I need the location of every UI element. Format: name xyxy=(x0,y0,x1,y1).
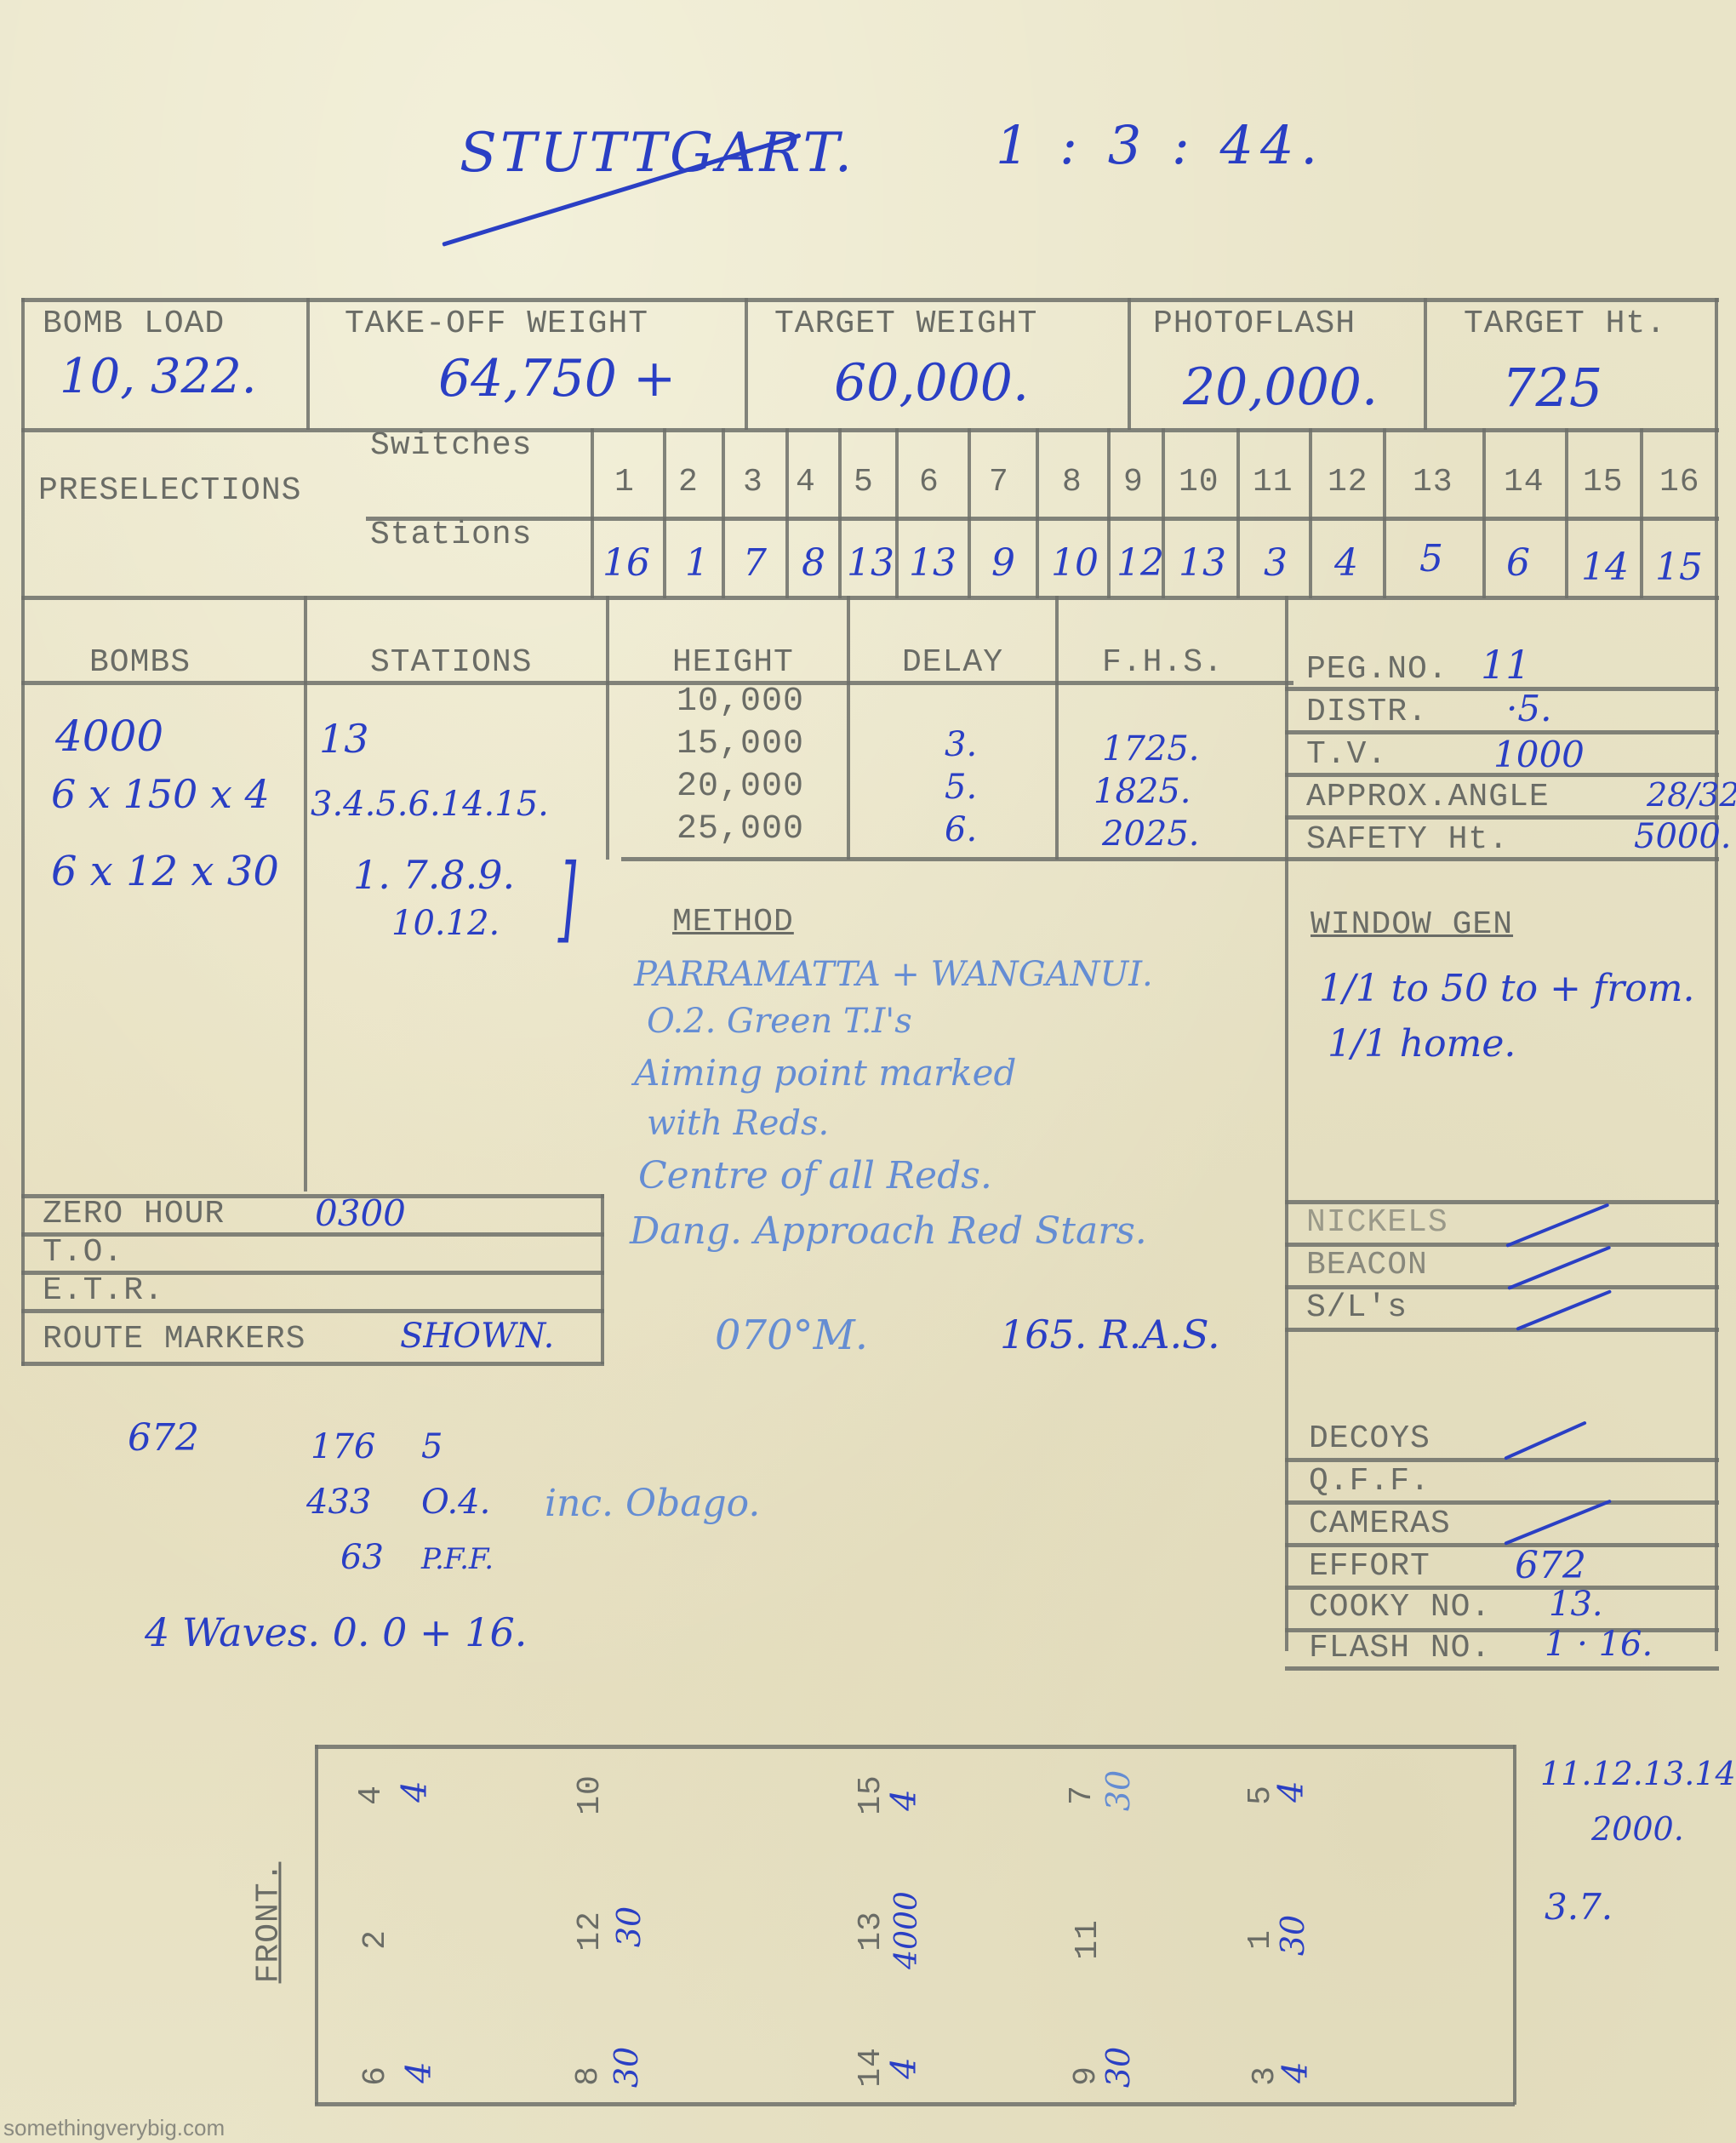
method-line: with Reds. xyxy=(647,1106,829,1140)
bay-side-note: 11.12.13.14. xyxy=(1540,1757,1736,1790)
switch-cell: 10 xyxy=(1179,466,1219,499)
zero-hour-value: 0300 xyxy=(315,1196,406,1232)
height-value: 10,000 xyxy=(677,685,804,719)
cameras-tick xyxy=(1504,1500,1612,1546)
height-value: 20,000 xyxy=(677,770,804,804)
bomb-stations: 3.4.5.6.14.15. xyxy=(311,787,549,821)
fhs-header: F.H.S. xyxy=(1102,647,1224,679)
station-cell: 10 xyxy=(1051,545,1099,582)
decoys-label: DECOYS xyxy=(1309,1423,1430,1455)
station-cell: 5 xyxy=(1419,540,1443,578)
searchlights-label: S/L's xyxy=(1306,1292,1408,1324)
approx-angle-value: 28/32 xyxy=(1647,779,1736,811)
peg-no-label: PEG.NO. xyxy=(1306,654,1448,686)
station-cell: 13 xyxy=(1179,545,1226,582)
bomb-load-label: BOMB LOAD xyxy=(43,308,225,340)
bay-station-load: 4 xyxy=(403,2061,437,2083)
method-line: Centre of all Reds. xyxy=(638,1157,992,1195)
preselections-label: PRESELECTIONS xyxy=(38,475,301,507)
peg-no-value: 11 xyxy=(1481,645,1531,684)
height-value: 15,000 xyxy=(677,728,804,762)
flash-no-label: FLASH NO. xyxy=(1309,1632,1491,1665)
window-gen-line: 1/1 home. xyxy=(1328,1026,1516,1063)
effort-value: 672 xyxy=(1515,1547,1586,1585)
bombs-header: BOMBS xyxy=(89,647,191,679)
bay-station-load: 4 xyxy=(398,1780,432,1802)
tv-label: T.V. xyxy=(1306,739,1387,771)
switch-cell: 7 xyxy=(989,466,1009,499)
station-cell: 13 xyxy=(847,545,894,582)
bay-station-number: 9 xyxy=(1071,2066,1103,2086)
station-cell: 7 xyxy=(743,545,767,582)
switches-label: Switches xyxy=(370,430,532,462)
station-cell: 6 xyxy=(1506,545,1530,582)
cooky-no-value: 13. xyxy=(1549,1587,1603,1621)
bay-station-load: 4 xyxy=(888,2057,922,2078)
method-heading: 070°M. xyxy=(715,1315,868,1356)
method-line: O.2. Green T.I's xyxy=(647,1004,912,1038)
station-cell: 14 xyxy=(1581,549,1629,586)
bracket: ] xyxy=(558,851,576,945)
switch-cell: 16 xyxy=(1659,466,1700,499)
stations-label: Stations xyxy=(370,519,532,551)
safety-ht-label: SAFETY Ht. xyxy=(1306,824,1509,856)
bay-station-number: 6 xyxy=(360,2066,392,2086)
switch-cell: 1 xyxy=(614,466,635,499)
effort-total: 672 xyxy=(128,1420,199,1457)
squadron-group: 5 xyxy=(421,1430,443,1464)
switch-cell: 4 xyxy=(796,466,816,499)
squadron-count: 176 xyxy=(311,1430,375,1464)
bomb-stations: 13 xyxy=(319,719,369,758)
bay-station-load: 4 xyxy=(1279,2061,1313,2083)
method-label: METHOD xyxy=(672,906,794,939)
bay-station-number: 13 xyxy=(855,1911,888,1952)
stations-header: STATIONS xyxy=(370,647,532,679)
switch-cell: 5 xyxy=(854,466,874,499)
bay-station-number: 15 xyxy=(855,1774,888,1815)
searchlights-tick xyxy=(1516,1289,1612,1331)
bay-station-number: 4 xyxy=(356,1785,388,1805)
switch-cell: 6 xyxy=(919,466,939,499)
distr-value: ·5. xyxy=(1506,691,1551,727)
station-cell: 15 xyxy=(1655,549,1703,586)
fhs-value: 2025. xyxy=(1102,817,1200,851)
nickels-tick xyxy=(1505,1203,1609,1247)
window-gen-label: WINDOW GEN xyxy=(1311,909,1513,941)
switch-cell: 12 xyxy=(1328,466,1368,499)
target-height-value: 725 xyxy=(1502,362,1602,414)
nickels-label: NICKELS xyxy=(1306,1207,1448,1239)
station-cell: 3 xyxy=(1264,545,1288,582)
effort-label: EFFORT xyxy=(1309,1551,1430,1583)
fhs-value: 1825. xyxy=(1094,774,1191,809)
bomb-stations: 10.12. xyxy=(391,906,500,940)
station-cell: 13 xyxy=(909,545,957,582)
watermark: somethingverybig.com xyxy=(3,2115,225,2141)
zero-hour-label: ZERO HOUR xyxy=(43,1198,225,1231)
station-cell: 4 xyxy=(1334,545,1358,582)
delay-value: 3. xyxy=(945,728,977,762)
bomb-type: 6 x 12 x 30 xyxy=(51,851,279,892)
raid-date: 1 : 3 : 44. xyxy=(996,119,1324,172)
bay-station-load: 30 xyxy=(610,2047,642,2088)
squadron-group: P.F.F. xyxy=(421,1545,494,1574)
decoys-tick xyxy=(1504,1420,1587,1460)
method-speed: 165. R.A.S. xyxy=(1000,1315,1220,1354)
photoflash-value: 20,000. xyxy=(1183,362,1378,413)
bay-side-note: 3.7. xyxy=(1545,1889,1613,1925)
takeoff-weight-label: TAKE-OFF WEIGHT xyxy=(345,308,648,340)
switch-cell: 13 xyxy=(1413,466,1453,499)
bay-station-load: 30 xyxy=(1102,2047,1134,2088)
cooky-no-label: COOKY NO. xyxy=(1309,1592,1491,1624)
beacon-label: BEACON xyxy=(1306,1249,1428,1282)
station-cell: 8 xyxy=(802,545,825,582)
bay-station-number: 11 xyxy=(1072,1919,1105,1960)
squadron-note: inc. Obago. xyxy=(545,1485,760,1523)
flash-no-value: 1 · 16. xyxy=(1545,1627,1653,1661)
delay-header: DELAY xyxy=(902,647,1003,679)
photoflash-label: PHOTOFLASH xyxy=(1153,308,1356,340)
switch-cell: 2 xyxy=(678,466,699,499)
to-label: T.O. xyxy=(43,1237,123,1269)
bomb-type: 4000 xyxy=(55,715,163,757)
bay-station-number: 14 xyxy=(855,2047,888,2088)
delay-value: 6. xyxy=(945,813,977,847)
etr-label: E.T.R. xyxy=(43,1275,164,1307)
bay-station-load: 4 xyxy=(1275,1780,1309,1802)
tv-value: 1000 xyxy=(1493,737,1585,773)
height-header: HEIGHT xyxy=(672,647,794,679)
station-cell: 9 xyxy=(991,545,1015,582)
beacon-tick xyxy=(1507,1245,1611,1289)
switch-cell: 15 xyxy=(1583,466,1624,499)
route-markers-value: SHOWN. xyxy=(400,1319,554,1353)
method-line: Dang. Approach Red Stars. xyxy=(630,1213,1147,1250)
bay-station-load: 30 xyxy=(1102,1770,1134,1811)
switch-cell: 11 xyxy=(1253,466,1293,499)
bay-station-number: 8 xyxy=(573,2066,605,2086)
bay-station-load: 4000 xyxy=(892,1891,922,1969)
distr-label: DISTR. xyxy=(1306,696,1428,729)
switch-cell: 9 xyxy=(1123,466,1144,499)
station-cell: 16 xyxy=(602,545,650,582)
route-markers-label: ROUTE MARKERS xyxy=(43,1323,306,1356)
switch-cell: 3 xyxy=(743,466,763,499)
fhs-value: 1725. xyxy=(1102,732,1200,766)
height-value: 25,000 xyxy=(677,813,804,847)
qff-label: Q.F.F. xyxy=(1309,1466,1430,1498)
bay-station-load: 30 xyxy=(1276,1915,1309,1956)
takeoff-weight-value: 64,750 + xyxy=(438,353,676,404)
method-line: Aiming point marked xyxy=(634,1055,1016,1091)
bay-station-number: 7 xyxy=(1066,1785,1099,1805)
method-line: PARRAMATTA + WANGANUI. xyxy=(634,957,1153,991)
window-gen-line: 1/1 to 50 to + from. xyxy=(1319,970,1694,1008)
bomb-type: 6 x 150 x 4 xyxy=(51,774,270,814)
safety-ht-value: 5000. xyxy=(1634,820,1732,854)
bay-station-number: 2 xyxy=(360,1929,392,1950)
bay-station-number: 1 xyxy=(1245,1929,1277,1950)
bomb-stations: 1. 7.8.9. xyxy=(353,855,515,894)
squadron-count: 63 xyxy=(340,1540,384,1574)
delay-value: 5. xyxy=(945,770,977,804)
cameras-label: CAMERAS xyxy=(1309,1508,1451,1540)
approx-angle-label: APPROX.ANGLE xyxy=(1306,781,1550,814)
target-height-label: TARGET Ht. xyxy=(1464,308,1666,340)
front-label: FRONT. xyxy=(253,1862,285,1984)
bay-station-number: 12 xyxy=(574,1911,607,1952)
squadron-group: O.4. xyxy=(421,1485,490,1519)
target-weight-label: TARGET WEIGHT xyxy=(774,308,1037,340)
bay-station-load: 4 xyxy=(888,1789,922,1810)
target-weight-value: 60,000. xyxy=(834,357,1029,409)
bomb-load-value: 10, 322. xyxy=(60,353,257,401)
bay-station-number: 10 xyxy=(574,1774,607,1815)
station-cell: 12 xyxy=(1116,545,1164,582)
waves-note: 4 Waves. 0. 0 + 16. xyxy=(145,1613,527,1652)
squadron-count: 433 xyxy=(306,1485,371,1519)
switch-cell: 14 xyxy=(1504,466,1545,499)
switch-cell: 8 xyxy=(1062,466,1082,499)
bay-side-note: 2000. xyxy=(1591,1813,1684,1845)
station-cell: 1 xyxy=(685,545,709,582)
bay-station-load: 30 xyxy=(613,1906,645,1947)
